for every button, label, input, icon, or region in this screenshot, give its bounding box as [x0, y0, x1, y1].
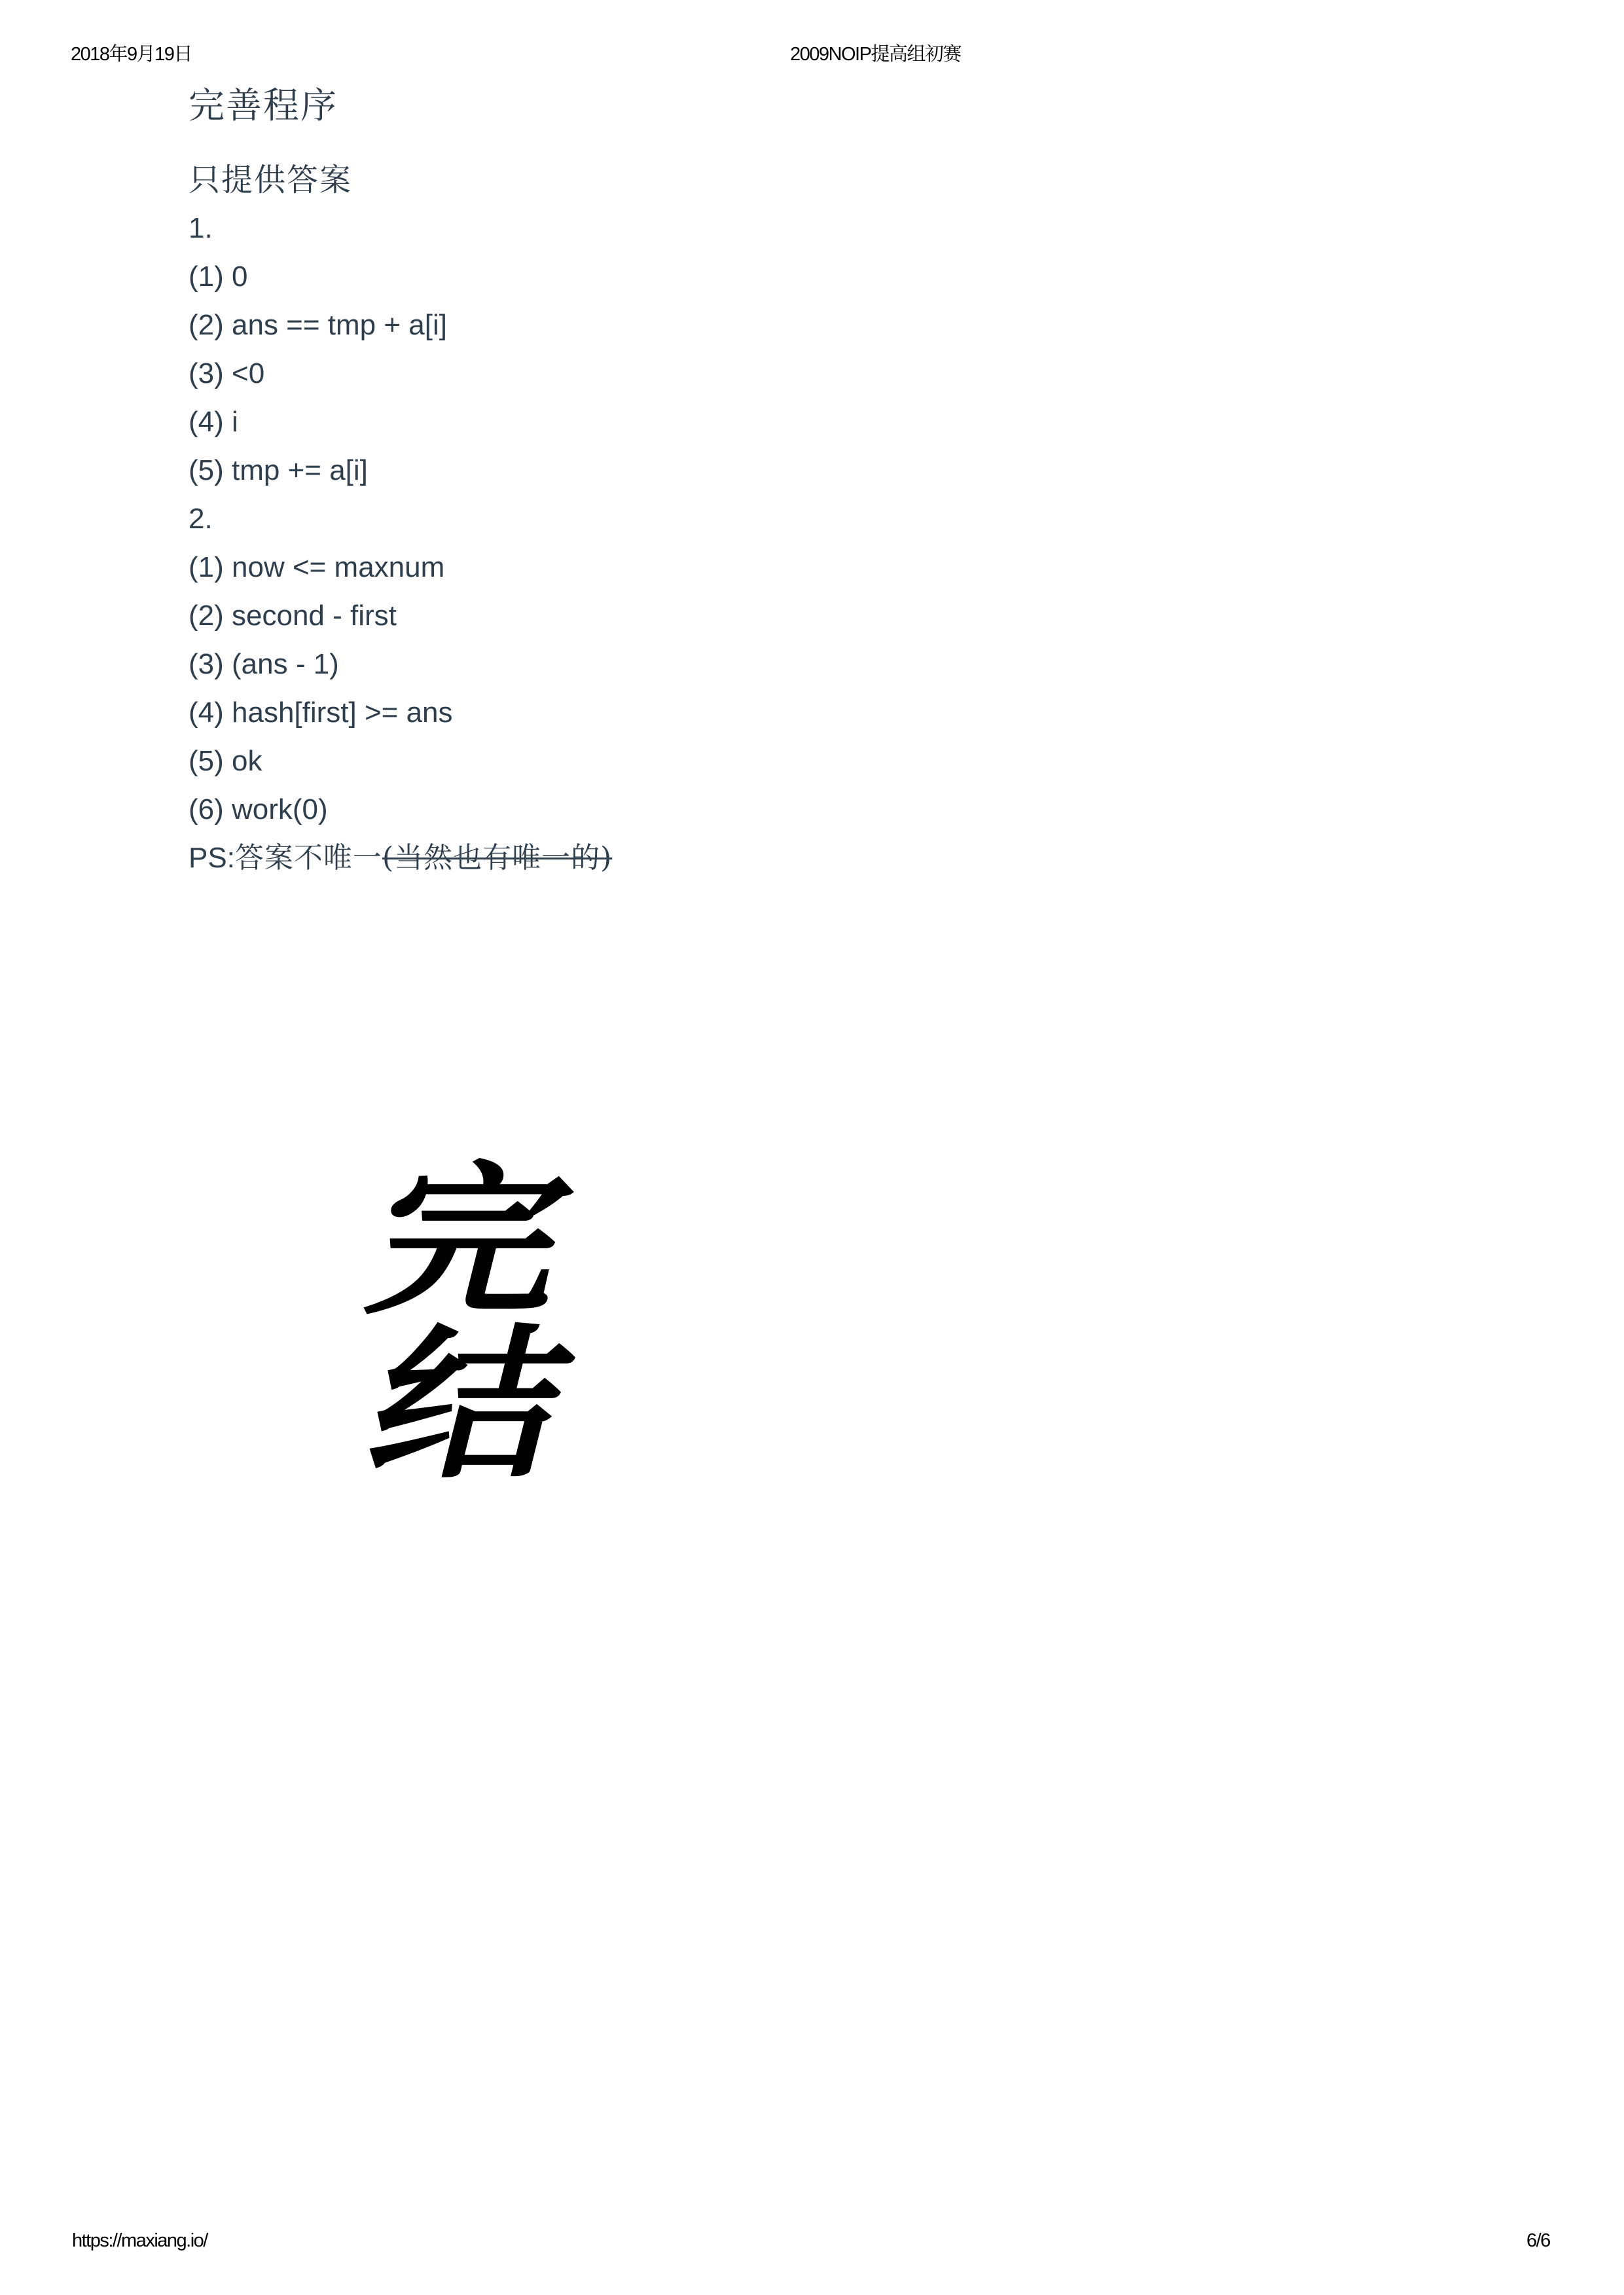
ending-char-jie: 结 — [300, 1322, 642, 1486]
print-source-url: https://maxiang.io/ — [72, 2232, 208, 2250]
ps-note: PS:答案不唯一(当然也有唯一的) — [189, 834, 612, 882]
answer-item: (3) <0 — [189, 350, 453, 398]
answer-item: (5) ok — [189, 737, 453, 786]
answer-heading-2: 2. — [189, 495, 453, 543]
answer-item: (6) work(0) — [189, 786, 453, 834]
ps-text: 答案不唯一 — [235, 841, 382, 875]
ending-char-wan: 完 — [300, 1159, 642, 1322]
answer-item: (1) 0 — [189, 253, 453, 301]
ending-image: 完 结 — [340, 1159, 602, 1486]
answer-heading-1: 1. — [189, 204, 453, 253]
answer-item: (1) now <= maxnum — [189, 543, 453, 592]
section-title: 完善程序 — [189, 84, 338, 127]
answer-item: (2) second - first — [189, 592, 453, 640]
print-date: 2018年9月19日 — [71, 45, 192, 64]
answer-list: 1. (1) 0 (2) ans == tmp + a[i] (3) <0 (4… — [189, 204, 453, 834]
answer-item: (2) ans == tmp + a[i] — [189, 301, 453, 350]
ps-strikethrough-text: (当然也有唯一的) — [382, 841, 612, 875]
answers-only-note: 只提供答案 — [189, 162, 352, 198]
answer-item: (4) i — [189, 398, 453, 446]
answer-item: (3) (ans - 1) — [189, 640, 453, 689]
page-number: 6/6 — [1526, 2232, 1550, 2250]
answer-item: (5) tmp += a[i] — [189, 446, 453, 495]
ps-prefix: PS: — [189, 842, 235, 874]
print-document-title: 2009NOIP提高组初赛 — [790, 45, 961, 64]
answer-item: (4) hash[first] >= ans — [189, 689, 453, 737]
